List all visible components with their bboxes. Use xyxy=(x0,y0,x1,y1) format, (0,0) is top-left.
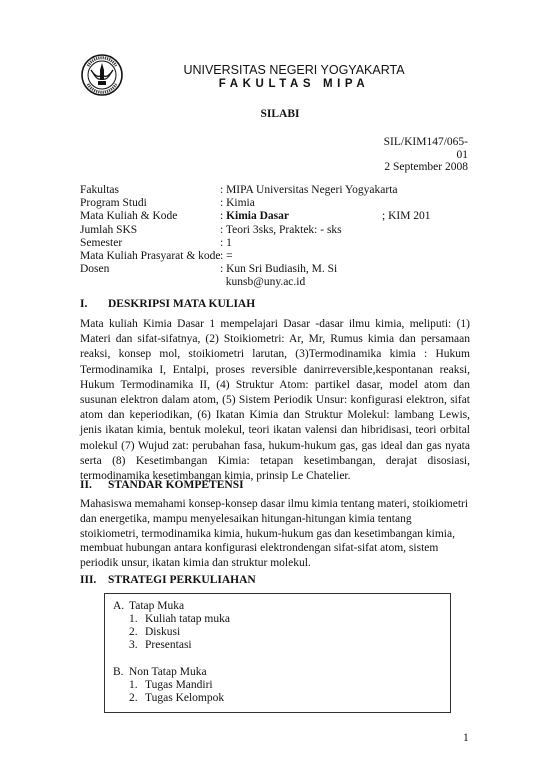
info-value: : Kimia Dasar xyxy=(220,210,289,223)
info-label: Fakultas xyxy=(80,184,119,197)
page-number: 1 xyxy=(463,732,469,744)
info-label: Jumlah SKS xyxy=(80,224,137,237)
section-title: STRATEGI PERKULIAHAN xyxy=(108,574,256,586)
info-value: : 1 xyxy=(220,237,232,250)
section-heading-standar-kompetensi: II.STANDAR KOMPETENSI xyxy=(80,479,244,491)
course-code: ; KIM 201 xyxy=(382,210,431,223)
section-title: DESKRIPSI MATA KULIAH xyxy=(108,298,255,310)
strategy-group-non-tatap-muka: B.Non Tatap Muka 1.Tugas Mandiri 2.Tugas… xyxy=(113,666,224,705)
info-value: : = xyxy=(220,250,233,263)
faculty-name: FAKULTAS MIPA xyxy=(134,77,454,91)
strategy-item: 3.Presentasi xyxy=(129,639,230,652)
section-body-deskripsi: Mata kuliah Kimia Dasar 1 mempelajari Da… xyxy=(80,317,470,484)
strategy-box: A.Tatap Muka 1.Kuliah tatap muka 2.Disku… xyxy=(104,593,451,713)
document-title: SILABI xyxy=(0,108,550,120)
section-number: II. xyxy=(80,479,108,491)
strategy-item: 2.Tugas Kelompok xyxy=(129,692,224,705)
section-heading-strategi: III.STRATEGI PERKULIAHAN xyxy=(80,574,256,586)
info-value: : MIPA Universitas Negeri Yogyakarta xyxy=(220,184,398,197)
info-label: Mata Kuliah & Kode xyxy=(80,210,177,223)
strategy-group-tatap-muka: A.Tatap Muka 1.Kuliah tatap muka 2.Disku… xyxy=(113,600,230,652)
section-number: III. xyxy=(80,574,108,586)
strategy-item: 2.Diskusi xyxy=(129,626,230,639)
course-name: Kimia Dasar xyxy=(226,210,289,222)
section-title: STANDAR KOMPETENSI xyxy=(108,479,244,491)
university-name: UNIVERSITAS NEGERI YOGYAKARTA xyxy=(134,63,454,77)
university-seal-icon xyxy=(81,54,123,96)
lecturer-email: kunsb@uny.ac.id xyxy=(220,276,305,289)
section-body-standar-kompetensi: Mahasiswa memahami konsep-konsep dasar i… xyxy=(80,497,470,571)
info-value: : Teori 3sks, Praktek: - sks xyxy=(220,224,342,237)
strategy-item: 1.Tugas Mandiri xyxy=(129,679,224,692)
info-label: Mata Kuliah Prasyarat & kode xyxy=(80,250,221,263)
document-number-line1: SIL/KIM147/065- xyxy=(318,136,468,149)
strategy-group-title: A.Tatap Muka xyxy=(113,600,230,613)
section-number: I. xyxy=(80,298,108,310)
strategy-item: 1.Kuliah tatap muka xyxy=(129,613,230,626)
info-value: : Kimia xyxy=(220,197,255,210)
section-heading-deskripsi: I.DESKRIPSI MATA KULIAH xyxy=(80,298,255,310)
info-value: : Kun Sri Budiasih, M. Si xyxy=(220,263,337,276)
info-label: Program Studi xyxy=(80,197,147,210)
document-date: 2 September 2008 xyxy=(384,161,468,173)
info-label: Dosen xyxy=(80,263,109,276)
info-label: Semester xyxy=(80,237,122,250)
document-number: SIL/KIM147/065- 01 xyxy=(318,136,468,162)
strategy-group-title: B.Non Tatap Muka xyxy=(113,666,224,679)
